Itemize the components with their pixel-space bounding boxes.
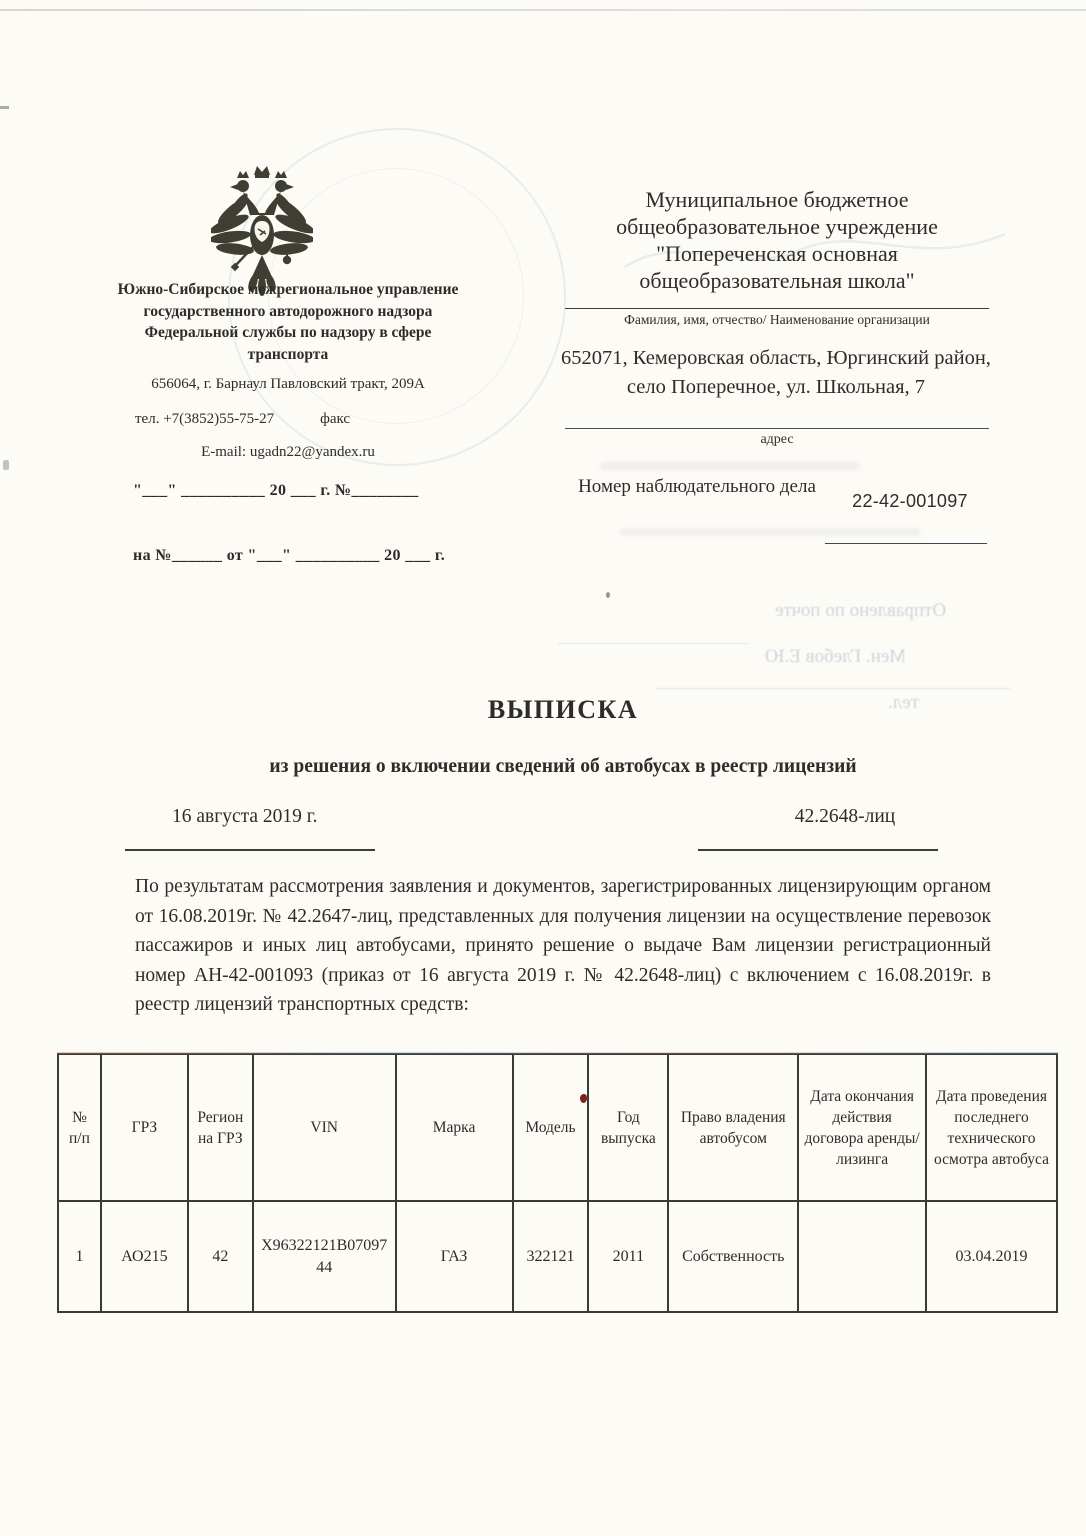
col-header-last-inspection-date: Дата проведения последнего технического …	[926, 1054, 1057, 1201]
sender-org-name: Южно-Сибирское межрегиональное управлени…	[112, 279, 464, 365]
recipient-name-caption: Фамилия, имя, отчество/ Наименование орг…	[565, 312, 989, 328]
cell-grz: АО215	[101, 1201, 188, 1312]
col-header-index: № п/п	[58, 1054, 101, 1201]
col-header-vin: VIN	[253, 1054, 396, 1201]
bleed-through-rule	[655, 688, 1010, 689]
document-number-underline	[698, 849, 938, 851]
table-header-row: № п/п ГРЗ Регион на ГРЗ VIN Марка Модель…	[58, 1054, 1057, 1201]
cell-index: 1	[58, 1201, 101, 1312]
cell-ownership: Собственность	[668, 1201, 798, 1312]
col-header-year: Год выпуска	[588, 1054, 668, 1201]
scanner-edge-artifact	[0, 9, 1086, 11]
bleed-through-smudge	[600, 462, 860, 470]
document-number: 42.2648-лиц	[730, 806, 960, 828]
sender-address: 656064, г. Барнаул Павловский тракт, 209…	[112, 376, 464, 393]
reply-to-line: на №______ от "___" __________ 20 ___ г.	[133, 547, 445, 565]
bleed-through-text: Отправлено по почте	[775, 600, 946, 622]
sender-email: E-mail: ugadn22@yandex.ru	[112, 444, 464, 461]
cell-lease-end-date	[798, 1201, 926, 1312]
cell-year: 2011	[588, 1201, 668, 1312]
document-subtitle: из решения о включении сведений об автоб…	[135, 756, 991, 778]
outgoing-date-number-line: "___" __________ 20 ___ г. №________	[133, 482, 419, 500]
cell-make: ГАЗ	[396, 1201, 513, 1312]
recipient-org-name: Муниципальное бюджетное общеобразователь…	[563, 186, 991, 294]
col-header-model: Модель	[513, 1054, 589, 1201]
scanner-color-fringe	[57, 1052, 1058, 1054]
sender-phone: тел. +7(3852)55-75-27	[135, 411, 274, 428]
scanned-document-page: Южно-Сибирское межрегиональное управлени…	[0, 0, 1086, 1536]
ink-speck	[606, 592, 610, 598]
cell-model: 322121	[513, 1201, 589, 1312]
recipient-name-underline	[565, 308, 989, 309]
document-date: 16 августа 2019 г.	[172, 806, 317, 828]
col-header-ownership: Право владения автобусом	[668, 1054, 798, 1201]
ink-speck	[580, 1094, 587, 1103]
surveillance-case-number: 22-42-001097	[830, 491, 990, 512]
document-date-underline	[125, 849, 375, 851]
table-row: 1 АО215 42 X96322121B0709744 ГАЗ 322121 …	[58, 1201, 1057, 1312]
bleed-through-text: Мен. Глебов Е.Ю	[765, 646, 906, 668]
bleed-through-rule	[558, 643, 748, 644]
document-title: ВЫПИСКА	[135, 695, 991, 725]
col-header-make: Марка	[396, 1054, 513, 1201]
edge-mark	[3, 460, 9, 470]
col-header-region: Регион на ГРЗ	[188, 1054, 253, 1201]
document-body-paragraph: По результатам рассмотрения заявления и …	[135, 872, 991, 1020]
recipient-address: 652071, Кемеровская область, Юргинский р…	[558, 344, 994, 402]
surveillance-case-label: Номер наблюдательного дела	[572, 474, 822, 500]
case-number-underline	[825, 543, 987, 544]
recipient-address-underline	[565, 428, 989, 429]
sender-fax-label: факс	[320, 411, 350, 428]
sender-phone-row: тел. +7(3852)55-75-27 факс	[135, 411, 350, 428]
cell-last-inspection-date: 03.04.2019	[926, 1201, 1057, 1312]
cell-vin: X96322121B0709744	[253, 1201, 396, 1312]
edge-mark	[0, 106, 9, 109]
vehicle-registry-table: № п/п ГРЗ Регион на ГРЗ VIN Марка Модель…	[57, 1053, 1058, 1313]
recipient-address-caption: адрес	[565, 432, 989, 448]
col-header-grz: ГРЗ	[101, 1054, 188, 1201]
col-header-lease-end-date: Дата окончания действия договора аренды/…	[798, 1054, 926, 1201]
bleed-through-smudge	[620, 528, 920, 536]
cell-region: 42	[188, 1201, 253, 1312]
